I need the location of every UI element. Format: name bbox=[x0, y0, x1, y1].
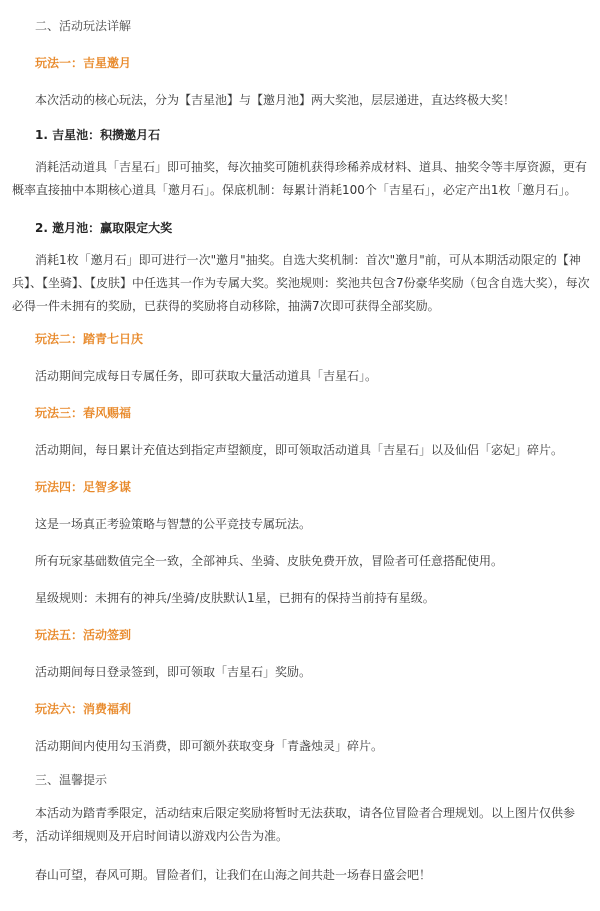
play1-sub2-title: 2. 邀月池：赢取限定大奖 bbox=[35, 220, 172, 236]
play1-sub1-title: 1. 吉星池：积攒邀月石 bbox=[35, 127, 160, 143]
play2-title: 玩法二：踏青七日庆 bbox=[35, 331, 143, 347]
play1-title: 玩法一：吉星邀月 bbox=[35, 55, 131, 71]
play6-text: 活动期间内使用勾玉消费，即可额外获取变身「青盏烛灵」碎片。 bbox=[35, 738, 383, 754]
section-title-gameplay: 二、活动玩法详解 bbox=[35, 18, 131, 34]
tips-text: 本活动为踏青季限定，活动结束后限定奖励将暂时无法获取，请各位冒险者合理规划。以上… bbox=[12, 802, 590, 848]
play2-text: 活动期间完成每日专属任务，即可获取大量活动道具「吉星石」。 bbox=[35, 368, 377, 384]
play1-sub2-text: 消耗1枚「邀月石」即可进行一次"邀月"抽奖。自选大奖机制：首次"邀月"前，可从本… bbox=[12, 249, 590, 318]
play1-sub1-text: 消耗活动道具「吉星石」即可抽奖，每次抽奖可随机获得珍稀养成材料、道具、抽奖令等丰… bbox=[12, 156, 590, 202]
play4-text1: 这是一场真正考验策略与智慧的公平竞技专属玩法。 bbox=[35, 516, 311, 532]
article-page: 二、活动玩法详解 玩法一：吉星邀月 本次活动的核心玩法，分为【吉星池】与【邀月池… bbox=[0, 0, 600, 911]
play6-title: 玩法六：消费福利 bbox=[35, 701, 131, 717]
play4-text3: 星级规则：未拥有的神兵/坐骑/皮肤默认1星，已拥有的保持当前持有星级。 bbox=[35, 590, 435, 606]
play4-title: 玩法四：足智多谋 bbox=[35, 479, 131, 495]
play5-title: 玩法五：活动签到 bbox=[35, 627, 131, 643]
play1-intro: 本次活动的核心玩法，分为【吉星池】与【邀月池】两大奖池，层层递进，直达终极大奖！ bbox=[35, 92, 515, 108]
play5-text: 活动期间每日登录签到，即可领取「吉星石」奖励。 bbox=[35, 664, 311, 680]
play3-text: 活动期间，每日累计充值达到指定声望额度，即可领取活动道具「吉星石」以及仙侣「宓妃… bbox=[35, 442, 563, 458]
play3-title: 玩法三：春风赐福 bbox=[35, 405, 131, 421]
section-title-tips: 三、温馨提示 bbox=[35, 772, 107, 788]
closing-text: 春山可望，春风可期。冒险者们，让我们在山海之间共赴一场春日盛会吧！ bbox=[35, 867, 431, 883]
play4-text2: 所有玩家基础数值完全一致，全部神兵、坐骑、皮肤免费开放，冒险者可任意搭配使用。 bbox=[35, 553, 503, 569]
